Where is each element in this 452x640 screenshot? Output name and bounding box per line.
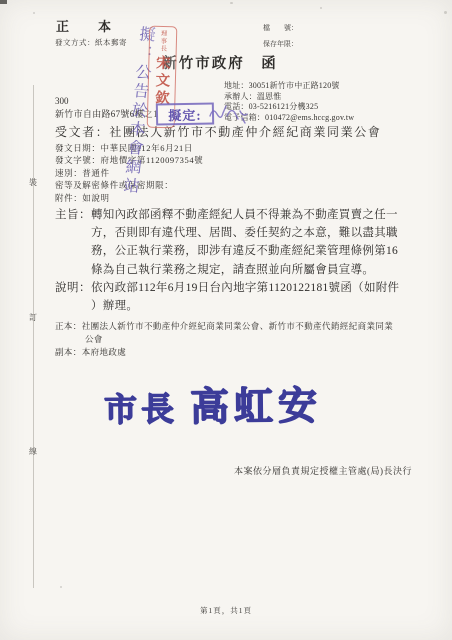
scan-speck <box>33 12 35 14</box>
copy-type-label: 正 本 <box>56 16 119 35</box>
authorization-note: 本案依分層負責規定授權主管處(局)長決行 <box>218 464 412 477</box>
mayor-title: 市長 <box>104 392 178 429</box>
scan-speck <box>444 11 447 14</box>
recipient-zip: 300 <box>55 96 69 106</box>
mayor-signature-stamp: 市長 高虹安 <box>88 375 339 434</box>
explanation-label: 說明： <box>55 279 91 315</box>
delivery-method: 發文方式：紙本郵寄 <box>55 37 127 48</box>
retention-period-label: 保存年限： <box>263 39 298 49</box>
original-copy-recipients-cont: 公會 <box>55 333 393 346</box>
mayor-name: 高虹安 <box>190 385 322 429</box>
binding-char-xian: 線 <box>29 446 37 457</box>
subject-label: 主旨： <box>55 206 91 279</box>
scan-speck <box>60 586 62 588</box>
scan-corner-mark <box>0 0 7 4</box>
scan-speck <box>230 2 233 4</box>
file-number-label: 檔 號： <box>263 23 298 33</box>
draft-approval-stamp: 擬定: <box>156 102 214 125</box>
agency-officer: 承辦人：溫恩惟 <box>224 92 354 103</box>
page-number: 第1頁，共1頁 <box>0 605 452 616</box>
subject-section: 主旨： 轉知內政部函釋不動產經紀人員不得兼為不動產買賣之任一 方，否則即有違代理… <box>55 206 407 279</box>
binding-char-zhuang: 裝 <box>29 177 37 188</box>
binding-line <box>33 85 34 588</box>
subject-line: 務，公正執行業務，即涉有違反不動產經紀業管理條例第16 <box>91 242 398 260</box>
explanation-text: 依內政部112年6月19日台內地字第1120122181號函（如附件 ）辦理。 <box>91 279 399 315</box>
explanation-line: ）辦理。 <box>91 297 399 315</box>
scanned-letter-page: 正 本 發文方式：紙本郵寄 檔 號： 保存年限： 新竹市政府 函 地址：3005… <box>0 0 452 640</box>
explanation-section: 說明： 依內政部112年6月19日台內地字第1120122181號函（如附件 ）… <box>55 279 407 315</box>
draft-stamp-scribble <box>208 102 250 126</box>
cc-recipients: 副本：本府地政處 <box>55 346 393 359</box>
agency-address: 地址：30051新竹市中正路120號 <box>224 81 354 92</box>
scan-speck <box>320 7 322 9</box>
explanation-line: 依內政部112年6月19日台內地字第1120122181號函（如附件 <box>91 279 399 297</box>
subject-line: 條為自己執行業務之規定，請查照並向所屬會員宣導。 <box>91 261 398 279</box>
original-copy-recipients: 正本：社團法人新竹市不動產仲介經紀商業同業公會、新竹市不動產代銷經紀商業同業 <box>55 320 393 333</box>
binding-char-ding: 訂 <box>29 312 37 323</box>
name-stamp-name: 宋文欽 <box>151 54 173 107</box>
copies-block: 正本：社團法人新竹市不動產仲介經紀商業同業公會、新竹市不動產代銷經紀商業同業 公… <box>55 320 393 359</box>
name-stamp-title: 理事長 <box>159 30 167 53</box>
